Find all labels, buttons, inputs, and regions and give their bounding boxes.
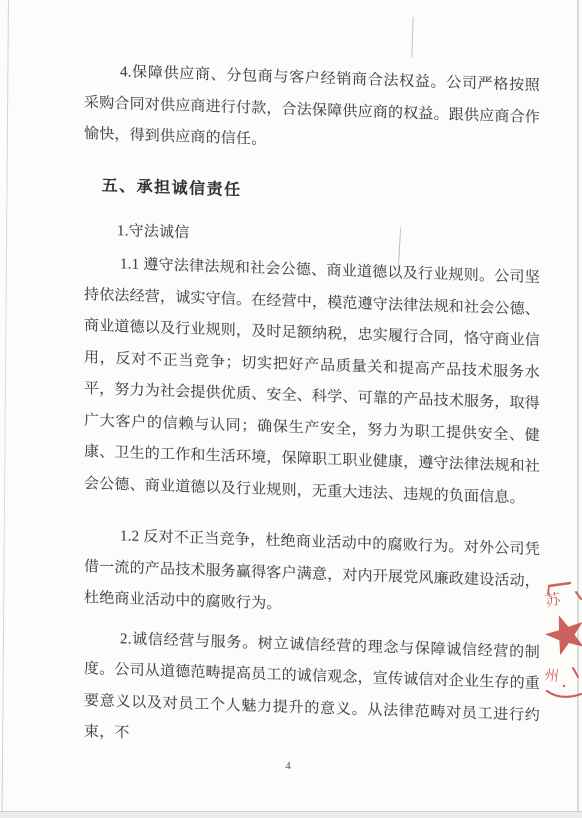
seal-bottom-arc [547, 691, 581, 697]
seal-character-bottom: 州 [544, 667, 560, 685]
section-heading-integrity-responsibility: 五、承担诚信责任 [84, 171, 540, 216]
document-body: 4.保障供应商、分包商与客户经销商合法权益。公司严格按照采购合同对供应商进行付款… [84, 56, 540, 784]
paper-edge-left-line [1, 0, 9, 818]
paragraph-supplier-rights: 4.保障供应商、分包商与客户经销商合法权益。公司严格按照采购合同对供应商进行付款… [84, 56, 540, 166]
scan-scratch-artifact [411, 17, 413, 57]
scanned-document-page: 4.保障供应商、分包商与客户经销商合法权益。公司严格按照采购合同对供应商进行付款… [0, 0, 582, 818]
scan-bottom-band [0, 812, 582, 818]
seal-dot [563, 685, 565, 687]
paragraph-2-integrity-operation: 2.诚信经营与服务。树立诚信经营的理念与保障诚信经营的制度。公司从道德范畴提高员… [84, 623, 540, 764]
seal-partial-character-stroke [573, 668, 578, 677]
paper-edge-bottom-line [0, 811, 582, 812]
paragraph-1-2-anti-corruption: 1.2 反对不正当竞争，杜绝商业活动中的腐败行为。对外公司凭借一流的产品技术服务… [84, 520, 540, 630]
seal-star-icon [545, 615, 582, 655]
page-number: 4 [278, 760, 298, 772]
seal-partial-character-stroke [576, 592, 581, 599]
seal-top-stroke [549, 583, 570, 586]
paragraph-1-1-compliance: 1.1 遵守法律法规和社会公德、商业道德以及行业规则。公司坚持依法经营，诚实守信… [84, 248, 540, 515]
official-seal-partial: 苏 州 [542, 578, 582, 704]
seal-character-top: 苏 [544, 590, 563, 611]
